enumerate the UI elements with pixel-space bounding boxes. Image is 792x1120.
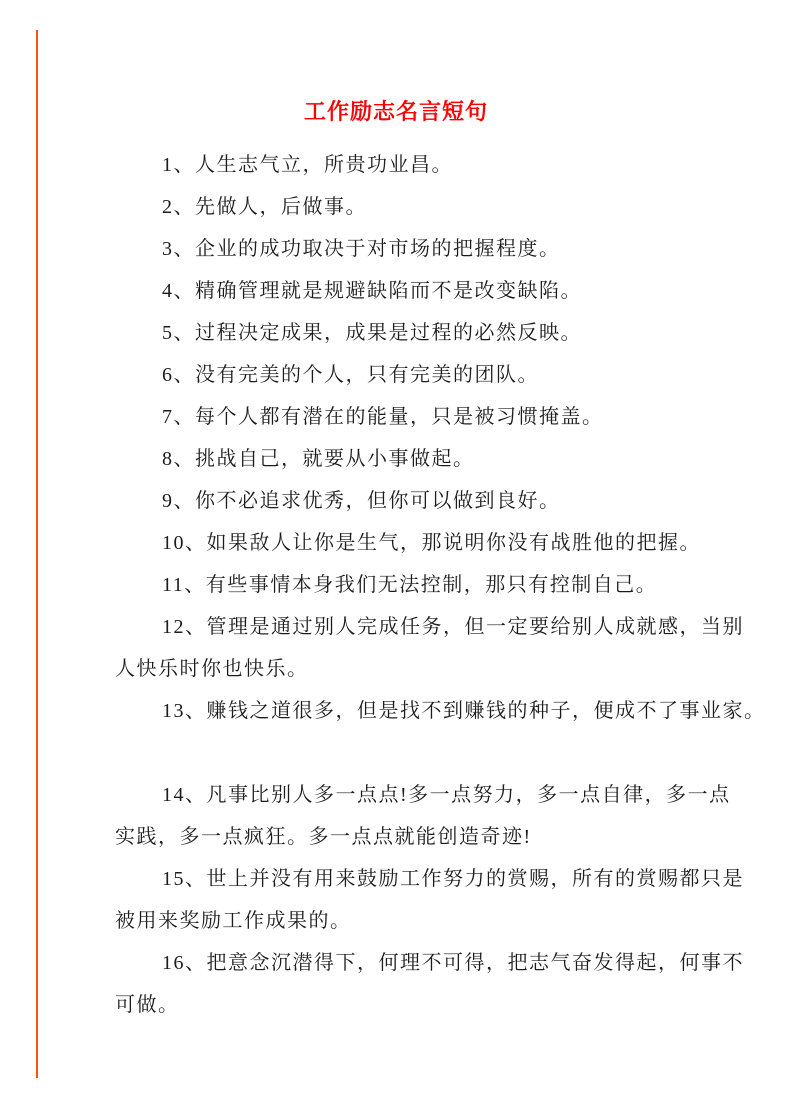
quote-line: 可做。	[115, 984, 704, 1026]
quote-item: 4、精确管理就是规避缺陷而不是改变缺陷。	[115, 270, 704, 312]
quote-line: 14、凡事比别人多一点点!多一点努力，多一点自律，多一点	[115, 774, 704, 816]
quote-line: 15、世上并没有用来鼓励工作努力的赏赐，所有的赏赐都只是	[115, 858, 704, 900]
quote-item: 6、没有完美的个人，只有完美的团队。	[115, 354, 704, 396]
quote-line: 3、企业的成功取决于对市场的把握程度。	[115, 228, 704, 270]
quote-line: 16、把意念沉潜得下，何理不可得，把志气奋发得起，何事不	[115, 942, 704, 984]
quote-line: 11、有些事情本身我们无法控制，那只有控制自己。	[115, 564, 704, 606]
quote-line: 5、过程决定成果，成果是过程的必然反映。	[115, 312, 704, 354]
quote-line: 人快乐时你也快乐。	[115, 648, 704, 690]
quote-item: 1、人生志气立，所贵功业昌。	[115, 144, 704, 186]
quote-item: 9、你不必追求优秀，但你可以做到良好。	[115, 480, 704, 522]
quote-line: 实践，多一点疯狂。多一点点就能创造奇迹!	[115, 816, 704, 858]
quote-item: 7、每个人都有潜在的能量，只是被习惯掩盖。	[115, 396, 704, 438]
quote-line: 6、没有完美的个人，只有完美的团队。	[115, 354, 704, 396]
quote-line: 4、精确管理就是规避缺陷而不是改变缺陷。	[115, 270, 704, 312]
quote-line: 1、人生志气立，所贵功业昌。	[115, 144, 704, 186]
quote-item: 16、把意念沉潜得下，何理不可得，把志气奋发得起，何事不可做。	[115, 942, 704, 1026]
quote-item: 15、世上并没有用来鼓励工作努力的赏赐，所有的赏赐都只是被用来奖励工作成果的。	[115, 858, 704, 942]
document-page: { "page": { "background": "#ffffff", "ac…	[0, 0, 792, 1120]
quote-line: 2、先做人，后做事。	[115, 186, 704, 228]
quote-line: 13、赚钱之道很多，但是找不到赚钱的种子，便成不了事业家。	[115, 690, 704, 732]
quote-item: 14、凡事比别人多一点点!多一点努力，多一点自律，多一点实践，多一点疯狂。多一点…	[115, 774, 704, 858]
quote-line: 12、管理是通过别人完成任务，但一定要给别人成就感，当别	[115, 606, 704, 648]
quote-list: 1、人生志气立，所贵功业昌。2、先做人，后做事。3、企业的成功取决于对市场的把握…	[115, 144, 704, 1026]
quote-line: 10、如果敌人让你是生气，那说明你没有战胜他的把握。	[115, 522, 704, 564]
quote-item: 8、挑战自己，就要从小事做起。	[115, 438, 704, 480]
quote-line: 7、每个人都有潜在的能量，只是被习惯掩盖。	[115, 396, 704, 438]
quote-item: 5、过程决定成果，成果是过程的必然反映。	[115, 312, 704, 354]
quote-line: 8、挑战自己，就要从小事做起。	[115, 438, 704, 480]
quote-item: 11、有些事情本身我们无法控制，那只有控制自己。	[115, 564, 704, 606]
quote-line: 9、你不必追求优秀，但你可以做到良好。	[115, 480, 704, 522]
quote-item: 10、如果敌人让你是生气，那说明你没有战胜他的把握。	[115, 522, 704, 564]
quote-line: 被用来奖励工作成果的。	[115, 900, 704, 942]
quote-item: 2、先做人，后做事。	[115, 186, 704, 228]
quote-item: 12、管理是通过别人完成任务，但一定要给别人成就感，当别人快乐时你也快乐。	[115, 606, 704, 690]
left-accent-line	[36, 30, 38, 1078]
quote-item: 3、企业的成功取决于对市场的把握程度。	[115, 228, 704, 270]
quote-item: 13、赚钱之道很多，但是找不到赚钱的种子，便成不了事业家。	[115, 690, 704, 732]
page-title: 工作励志名言短句	[0, 98, 792, 126]
